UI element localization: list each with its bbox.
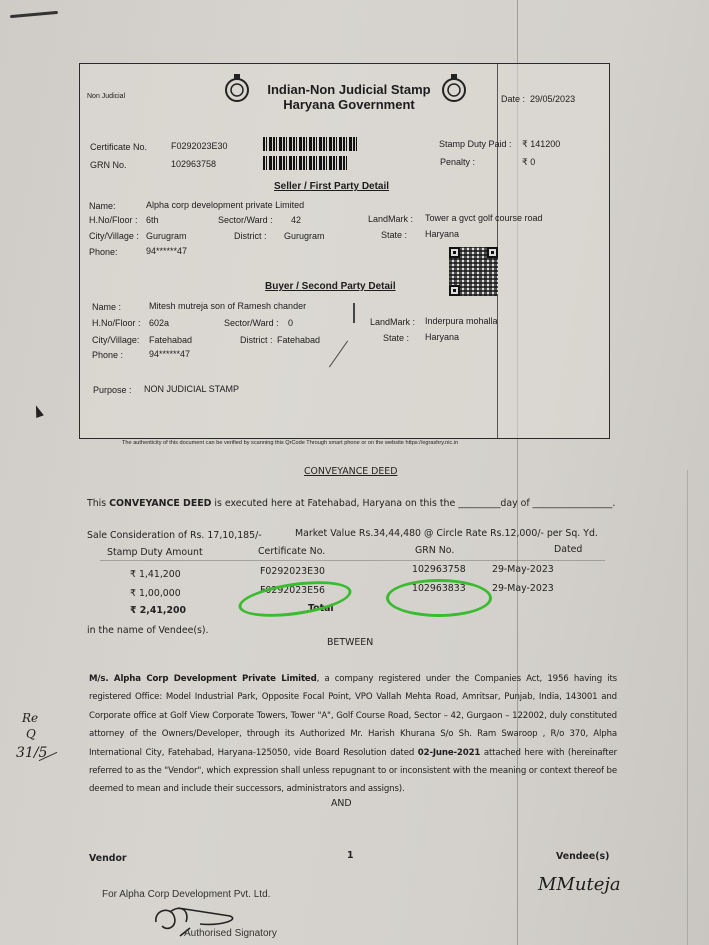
seller-city-label: City/Village :	[89, 231, 139, 241]
between-heading: BETWEEN	[327, 637, 373, 648]
buyer-district-label: District :	[240, 335, 273, 345]
page-number: 1	[347, 850, 354, 861]
seller-sector: 42	[291, 215, 301, 225]
seller-landmark-label: LandMark :	[368, 214, 413, 224]
intro-prefix: This	[87, 498, 109, 509]
penalty-value: ₹ 0	[522, 157, 535, 168]
table-header: Stamp Duty Amount	[107, 547, 203, 558]
buyer-state: Haryana	[425, 332, 459, 342]
sale-consideration: Sale Consideration of Rs. 17,10,185/-	[87, 530, 262, 541]
stamp-title: Indian-Non Judicial Stamp Haryana Govern…	[258, 82, 440, 112]
buyer-state-label: State :	[383, 333, 409, 343]
seller-phone: 94******47	[146, 246, 187, 256]
highlight-circle	[236, 575, 353, 623]
certificate-label: Certificate No.	[90, 142, 147, 152]
seller-hno-label: H.No/Floor :	[89, 215, 138, 225]
seller-hno: 6th	[146, 215, 159, 225]
penalty-label: Penalty :	[440, 157, 475, 167]
purpose-value: NON JUDICIAL STAMP	[144, 384, 239, 394]
purpose-label: Purpose :	[93, 385, 132, 395]
seller-phone-label: Phone:	[89, 247, 118, 257]
buyer-city: Fatehabad	[149, 335, 192, 345]
total-amount: ₹ 2,41,200	[130, 605, 186, 616]
seller-sector-label: Sector/Ward :	[218, 215, 273, 225]
vendor-name: M/s. Alpha Corp Development Private Limi…	[89, 674, 317, 684]
verification-footer: The authenticity of this document can be…	[122, 440, 458, 446]
table-header: Dated	[554, 544, 582, 555]
vendee-name-note: in the name of Vendee(s).	[87, 625, 209, 636]
dated-cell: 29-May-2023	[492, 564, 554, 575]
buyer-landmark: Inderpura mohalla	[425, 316, 498, 326]
buyer-city-label: City/Village:	[92, 335, 139, 345]
deed-title: CONVEYANCE DEED	[304, 466, 397, 477]
haryana-emblem-icon	[441, 72, 467, 102]
vendee-label: Vendee(s)	[556, 851, 609, 862]
buyer-heading: Buyer / Second Party Detail	[265, 281, 396, 292]
buyer-hno-label: H.No/Floor :	[92, 318, 141, 328]
buyer-phone-label: Phone :	[92, 350, 123, 360]
certificate-value: F0292023E30	[171, 141, 228, 151]
buyer-phone: 94******47	[149, 349, 190, 359]
paper-fold-crease	[687, 470, 688, 945]
buyer-district: Fatehabad	[277, 335, 320, 345]
barcode	[263, 137, 359, 151]
grn-label: GRN No.	[90, 160, 127, 170]
stamp-title-line1: Indian-Non Judicial Stamp	[258, 82, 440, 97]
buyer-sector: 0	[288, 318, 293, 328]
verification-qr-code[interactable]	[449, 247, 498, 296]
date-value: 29/05/2023	[530, 94, 575, 104]
deed-intro: This CONVEYANCE DEED is executed here at…	[87, 498, 615, 509]
stamp-date: Date : 29/05/2023	[501, 94, 575, 104]
seller-district: Gurugram	[284, 231, 325, 241]
vendor-description-paragraph: M/s. Alpha Corp Development Private Limi…	[89, 670, 617, 799]
date-label: Date :	[501, 94, 525, 104]
dated-cell: 29-May-2023	[492, 583, 554, 594]
seller-name-label: Name:	[89, 201, 116, 211]
seller-state-label: State :	[381, 230, 407, 240]
vendee-signature: MMuteja	[538, 874, 621, 895]
seller-name: Alpha corp development private Limited	[146, 200, 304, 210]
barcode	[263, 156, 347, 170]
seller-district-label: District :	[234, 231, 267, 241]
seller-heading: Seller / First Party Detail	[274, 181, 389, 192]
buyer-name-label: Name :	[92, 302, 121, 312]
buyer-name: Mitesh mutreja son of Ramesh chander	[149, 301, 306, 311]
intro-bold: CONVEYANCE DEED	[109, 498, 211, 509]
seller-landmark: Tower a gvct golf course road	[425, 213, 543, 223]
margin-note: Q	[26, 727, 36, 741]
certificate-cell: F0292023E30	[260, 566, 325, 577]
table-header: Certificate No.	[258, 546, 325, 557]
pen-stroke	[353, 303, 355, 323]
buyer-sector-label: Sector/Ward :	[224, 318, 279, 328]
stamp-duty-label: Stamp Duty Paid :	[439, 139, 512, 149]
resolution-date: 02-June-2021	[418, 748, 480, 758]
vendor-label: Vendor	[89, 853, 127, 864]
intro-rest: is executed here at Fatehabad, Haryana o…	[211, 498, 615, 509]
seller-city: Gurugram	[146, 231, 187, 241]
table-divider	[100, 560, 605, 561]
grn-cell: 102963758	[412, 564, 466, 575]
arrow-mark-icon	[32, 404, 44, 418]
stamp-amount-cell: ₹ 1,41,200	[130, 569, 181, 580]
paragraph-text: , a company registered under the Compani…	[89, 674, 617, 758]
haryana-emblem-icon	[224, 72, 250, 102]
seller-state: Haryana	[425, 229, 459, 239]
pen-stroke	[10, 11, 58, 18]
table-header: GRN No.	[415, 545, 454, 556]
highlight-circle	[386, 579, 492, 617]
stamp-amount-cell: ₹ 1,00,000	[130, 588, 181, 599]
non-judicial-label: Non Judicial	[87, 93, 125, 100]
stamp-title-line2: Haryana Government	[258, 97, 440, 112]
company-sign-line: For Alpha Corp Development Pvt. Ltd.	[102, 889, 270, 900]
and-heading: AND	[331, 798, 352, 809]
authorised-signatory: Authorised Signatory	[184, 928, 277, 939]
market-value: Market Value Rs.34,44,480 @ Circle Rate …	[295, 528, 598, 539]
buyer-landmark-label: LandMark :	[370, 317, 415, 327]
grn-value: 102963758	[171, 159, 216, 169]
buyer-hno: 602a	[149, 318, 169, 328]
stamp-duty-value: ₹ 141200	[522, 139, 560, 150]
margin-note: Re	[22, 711, 38, 725]
